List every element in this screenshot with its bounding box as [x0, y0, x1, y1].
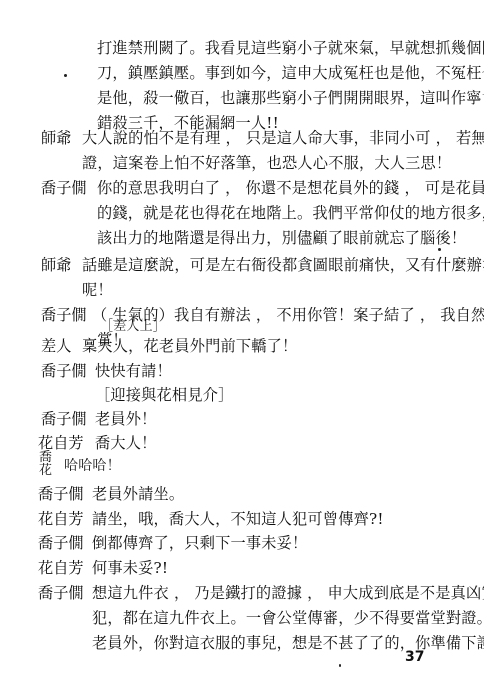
dialogue-line: 稟大人，花老員外門前下轎了！ — [82, 337, 297, 355]
speaker-label: 花自芳 — [38, 559, 84, 577]
speaker-label: 師爺 — [41, 129, 71, 147]
speaker-label: 喬子僩 — [41, 410, 87, 428]
text-line: 刀，鎮壓鎮壓。事到如今，這申大成冤枉也是他，不冤枉也 — [97, 64, 484, 82]
dialogue-line: 該出力的地階還是得出力，別儘顧了眼前就忘了腦後！ — [97, 229, 466, 247]
dialogue-line: 想這九件衣 ， 乃是鐵打的證據 ， 申大成到底是不是真凶實 — [92, 584, 484, 602]
text-line: 是他，殺一儆百，也讓那些窮小子們開開眼界，這叫作寧肯 — [97, 89, 484, 107]
speaker-label: 喬子僩 — [41, 179, 87, 197]
dialogue-line: 快快有請！ — [95, 362, 172, 380]
dialogue-line: 喬大人！ — [95, 434, 157, 452]
dialogue-line: 老員外請坐。 — [92, 485, 184, 503]
dialogue-line: 何事未妥?! — [92, 559, 168, 577]
document-page: 打進禁刑闕了。我看見這些窮小子就來氣，早就想抓幾個開 刀，鎮壓鎮壓。事到如今，這… — [0, 0, 484, 690]
speaker-label: 喬子僩 — [41, 306, 87, 324]
speaker-label-stacked: 喬 花 — [39, 451, 55, 477]
dialogue-line: 老員外，你對這衣服的事兒，想是不甚了了的，你準備下證 — [92, 634, 484, 652]
page-number: 37 — [405, 649, 424, 665]
speaker-label: 花自芳 — [38, 510, 84, 528]
dialogue-line: 呢！ — [82, 281, 113, 299]
speaker-label: 差人 — [41, 337, 71, 355]
stage-direction: ［差人上］ — [100, 318, 166, 336]
dialogue-line: 老員外！ — [95, 410, 157, 428]
margin-dot — [339, 664, 341, 667]
stage-direction: ［迎接與花相見介］ — [95, 386, 234, 404]
speaker-label: 喬子僩 — [38, 485, 84, 503]
speaker-stacked-bottom: 花 — [39, 464, 55, 477]
dialogue-line: 你的意思我明白了 ， 你還不是想花員外的錢 ， 可是花員外 — [97, 179, 484, 197]
speaker-label: 喬子僩 — [38, 534, 84, 552]
margin-dot — [438, 248, 441, 251]
dialogue-line: 大人說的怕不是有理 ， 只是這人命大事，非同小可 ， 若無鐵 — [82, 129, 484, 147]
margin-dot — [64, 74, 67, 77]
speaker-label: 喬子僩 — [41, 362, 87, 380]
dialogue-line: 倒都傳齊了，只剩下一事未妥！ — [92, 534, 307, 552]
speaker-label: 喬子僩 — [38, 584, 84, 602]
dialogue-line: 哈哈哈！ — [64, 457, 121, 475]
text-line: 打進禁刑闕了。我看見這些窮小子就來氣，早就想抓幾個開 — [97, 39, 484, 57]
speaker-label: 師爺 — [41, 256, 71, 274]
dialogue-line: 證，這案卷上怕不好落筆，也恐人心不服，大人三思！ — [82, 154, 451, 172]
dialogue-line: 請坐，哦，喬大人，不知這人犯可曾傳齊?! — [92, 510, 384, 528]
dialogue-line: 的錢，就是花也得花在地階上。我們平常仰仗的地方很多， — [97, 204, 484, 222]
dialogue-line: 犯，都在這九件衣上。一會公堂傳審，少不得要當堂對證。 — [92, 609, 484, 627]
dialogue-line: 話雖是這麼說，可是左右衙役都貪圖眼前痛快，又有什麼辦法 — [82, 256, 484, 274]
